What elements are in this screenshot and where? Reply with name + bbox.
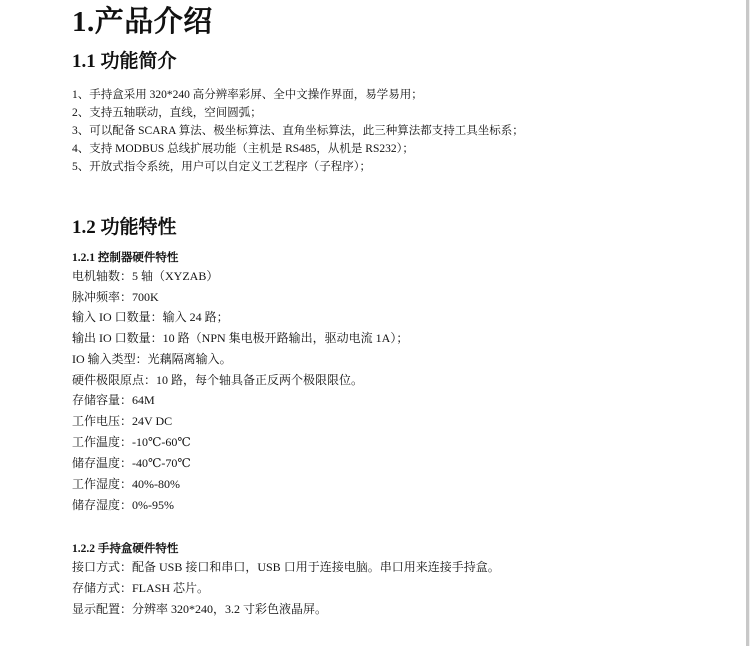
spec-item: 显示配置：分辨率 320*240，3.2 寸彩色液晶屏。 [72, 601, 327, 617]
section-heading-1-2: 1.2 功能特性 [72, 216, 177, 240]
document-page: 1.产品介绍 1.1 功能简介 1、手持盒采用 320*240 高分辨率彩屏、全… [0, 0, 746, 646]
spec-item: 储存温度：-40℃-70℃ [72, 455, 191, 471]
spec-item: 输入 IO 口数量：输入 24 路； [72, 309, 229, 325]
spec-item: 工作温度：-10℃-60℃ [72, 434, 191, 450]
feature-item: 3、可以配备 SCARA 算法、极坐标算法、直角坐标算法，此三种算法都支持工具坐… [72, 123, 524, 139]
feature-item: 5、开放式指令系统，用户可以自定义工艺程序（子程序）； [72, 159, 371, 175]
feature-item: 2、支持五轴联动，直线，空间圆弧； [72, 105, 262, 121]
spec-item: 工作电压：24V DC [72, 413, 172, 429]
spec-item: 接口方式：配备 USB 接口和串口，USB 口用于连接电脑。串口用来连接手持盒。 [72, 559, 500, 575]
spec-item: 输出 IO 口数量：10 路（NPN 集电极开路输出，驱动电流 1A）； [72, 330, 408, 346]
spec-item: 硬件极限原点：10 路，每个轴具备正反两个极限限位。 [72, 372, 363, 388]
spec-item: 电机轴数：5 轴（XYZAB） [72, 268, 218, 284]
feature-item: 1、手持盒采用 320*240 高分辨率彩屏、全中文操作界面，易学易用； [72, 87, 423, 103]
section-heading-1-1: 1.1 功能简介 [72, 50, 177, 74]
page-title: 1.产品介绍 [72, 5, 213, 39]
spec-item: 存储方式：FLASH 芯片。 [72, 580, 209, 596]
subsection-heading-1-2-1: 1.2.1 控制器硬件特性 [72, 250, 178, 266]
spec-item: 储存湿度：0%-95% [72, 497, 174, 513]
spec-item: 存储容量：64M [72, 392, 155, 408]
subsection-heading-1-2-2: 1.2.2 手持盒硬件特性 [72, 541, 178, 557]
feature-item: 4、支持 MODBUS 总线扩展功能（主机是 RS485，从机是 RS232）； [72, 141, 414, 157]
spec-item: 脉冲频率：700K [72, 289, 159, 305]
spec-item: IO 输入类型：光藕隔离输入。 [72, 351, 232, 367]
spec-item: 工作湿度：40%-80% [72, 476, 180, 492]
